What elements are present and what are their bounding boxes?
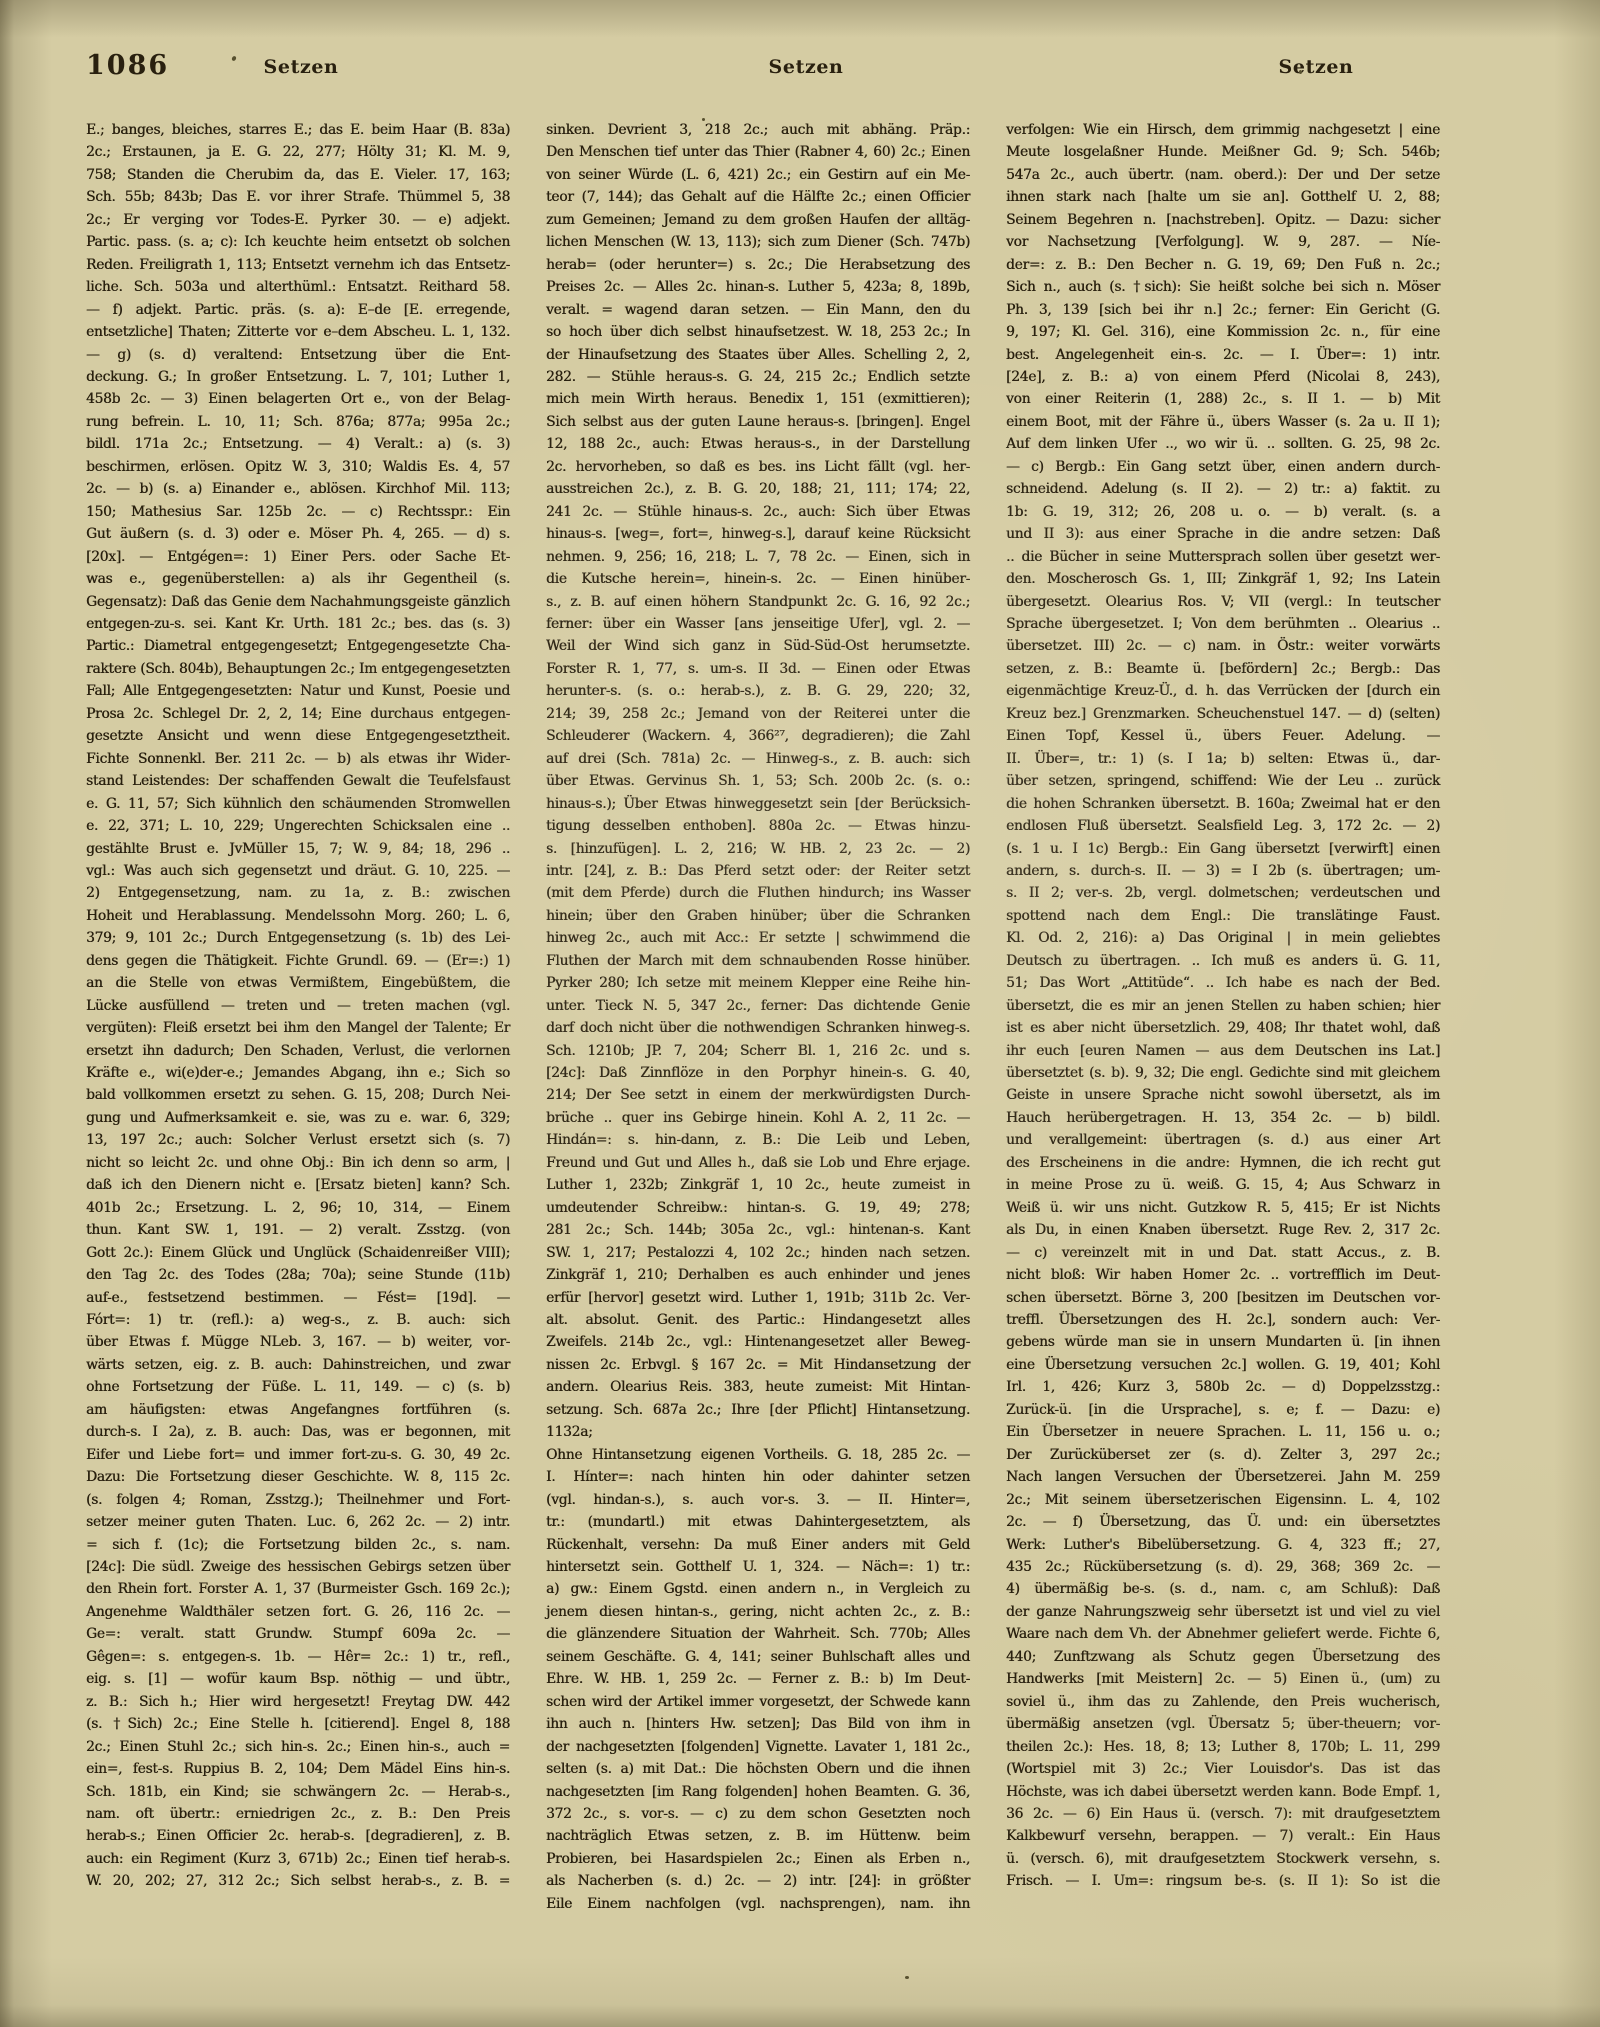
dictionary-scan-page: 1086 Setzen Setzen Setzen E.; banges, bl… bbox=[0, 0, 1600, 2027]
text-column-1: E.; banges, bleiches, starres E.; das E.… bbox=[86, 119, 510, 1893]
scan-speckle bbox=[231, 55, 237, 61]
text-column-3: verfolgen: Wie ein Hirsch, dem grimmig n… bbox=[1006, 119, 1440, 1893]
running-head-column-1: Setzen bbox=[264, 56, 339, 78]
scan-speckle bbox=[905, 1976, 909, 1979]
page-number: 1086 bbox=[86, 50, 169, 81]
scan-speckle bbox=[702, 118, 705, 121]
scan-speckle bbox=[1299, 70, 1302, 74]
text-column-2: sinken. Devrient 3, 218 2c.; auch mit ab… bbox=[546, 119, 970, 1915]
running-head-column-2: Setzen bbox=[769, 56, 844, 78]
running-head-column-3: Setzen bbox=[1279, 56, 1354, 78]
